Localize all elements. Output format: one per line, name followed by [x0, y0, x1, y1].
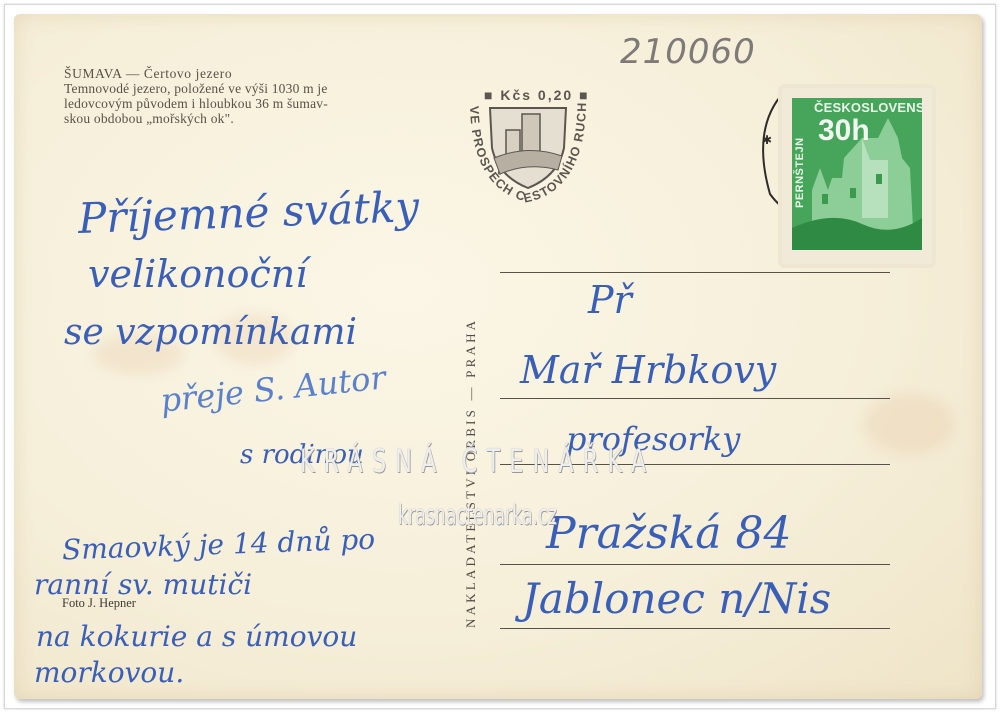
stamp-value: 30h	[818, 114, 870, 148]
address-line-text: Jablonec n/Nis	[522, 574, 831, 623]
caption-line: Temnovodé jezero, položené ve výši 1030 …	[64, 81, 328, 96]
stamp-country: ČESKOSLOVENSKO	[814, 100, 922, 115]
address-line-text: Mař Hrbkovy	[520, 348, 776, 392]
castle-shield-icon: ■ Kčs 0,20 ■ VE PROSPĚCH CESTOVNÍHO RUCH…	[458, 78, 598, 208]
address-line	[500, 272, 890, 273]
photo-credit: Foto J. Hepner	[62, 596, 136, 611]
stamp-image: ČESKOSLOVENSKO 30h PERNŠTEJN	[792, 98, 922, 250]
charity-value: Kčs 0,20	[500, 87, 573, 103]
caption-line: skou obdobou „mořských ok".	[64, 111, 328, 126]
watermark-title: KRÁSNÁ ČTENÁŘKA	[300, 442, 655, 480]
address-line	[500, 564, 890, 565]
message-line: na kokurie a s úmovou	[36, 620, 357, 653]
stain	[864, 394, 954, 454]
svg-text:✱: ✱	[762, 133, 772, 147]
stamp-place: PERNŠTEJN	[794, 137, 806, 208]
address-line	[500, 398, 890, 399]
svg-text:■ Kčs 0,20 ■: ■ Kčs 0,20 ■	[484, 87, 590, 103]
address-line-text: Př	[588, 278, 632, 322]
caption-title: ŠUMAVA — Čertovo jezero	[64, 66, 328, 81]
postage-stamp: ČESKOSLOVENSKO 30h PERNŠTEJN	[782, 88, 932, 264]
printed-caption: ŠUMAVA — Čertovo jezero Temnovodé jezero…	[64, 66, 328, 126]
message-line: se vzpomínkami	[64, 312, 357, 353]
address-line	[500, 628, 890, 629]
inventory-number: 210060	[620, 32, 756, 72]
address-line-text: Pražská 84	[546, 508, 792, 559]
charity-stamp: ■ Kčs 0,20 ■ VE PROSPĚCH CESTOVNÍHO RUCH…	[458, 78, 598, 208]
message-line: morkovou.	[34, 656, 184, 689]
watermark-url: krasnactenarka.cz	[398, 498, 557, 531]
message-line: velikonoční	[88, 252, 307, 296]
caption-line: ledovcovým původem i hloubkou 36 m šumav…	[64, 96, 328, 111]
